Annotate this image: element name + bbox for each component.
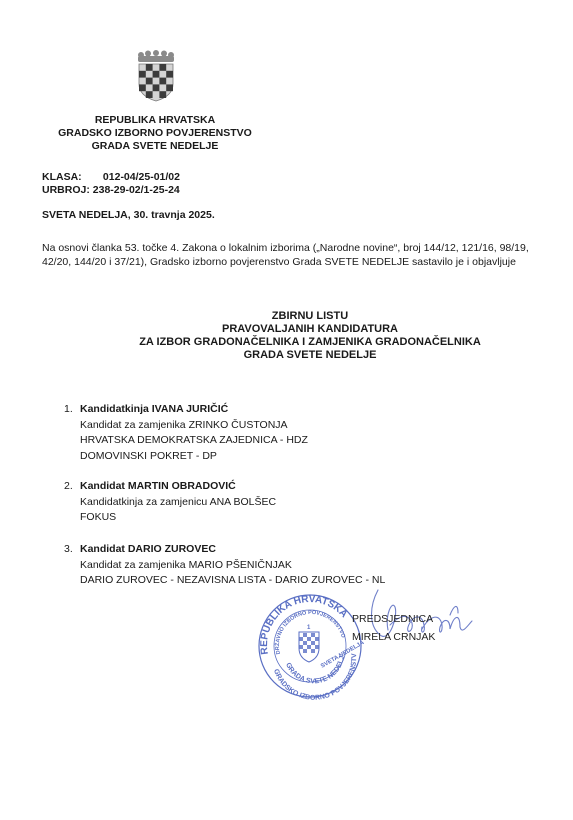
klasa-value: 012-04/25-01/02 — [103, 171, 180, 183]
klasa-label: KLASA: — [42, 171, 90, 184]
header-line: REPUBLIKA HRVATSKA — [0, 114, 310, 127]
deputy-candidate: Kandidat za zamjenika ZRINKO ČUSTONJA — [80, 418, 308, 434]
candidate-prefix: Kandidat — [80, 543, 128, 555]
deputy-candidate: Kandidat za zamjenika MARIO PŠENIČNJAK — [80, 558, 385, 574]
candidate-number: 3. — [64, 542, 73, 558]
signer-role: PREDSJEDNICA — [352, 610, 435, 628]
title-line: ZA IZBOR GRADONAČELNIKA I ZAMJENIKA GRAD… — [120, 336, 500, 349]
urbroj-label: URBROJ: — [42, 184, 90, 196]
document-title: ZBIRNU LISTU PRAVOVALJANIH KANDIDATURA Z… — [120, 310, 500, 362]
title-line: PRAVOVALJANIH KANDIDATURA — [120, 323, 500, 336]
issuer-header: REPUBLIKA HRVATSKA GRADSKO IZBORNO POVJE… — [0, 114, 310, 153]
party: DARIO ZUROVEC - NEZAVISNA LISTA - DARIO … — [80, 573, 385, 589]
candidate-number: 2. — [64, 479, 73, 495]
document-reference: KLASA: 012-04/25-01/02 URBROJ: 238-29-02… — [42, 171, 180, 197]
party: HRVATSKA DEMOKRATSKA ZAJEDNICA - HDZ — [80, 433, 308, 449]
deputy-candidate: Kandidatkinja za zamjenicu ANA BOLŠEC — [80, 495, 276, 511]
candidate-number: 1. — [64, 402, 73, 418]
party: DOMOVINSKI POKRET - DP — [80, 449, 308, 465]
candidate-name: DARIO ZUROVEC — [128, 543, 216, 555]
croatian-coat-of-arms-icon — [136, 50, 176, 102]
header-line: GRADSKO IZBORNO POVJERENSTVO — [0, 127, 310, 140]
intro-paragraph: Na osnovi članka 53. točke 4. Zakona o l… — [42, 242, 542, 269]
candidate-entry: 3. Kandidat DARIO ZUROVEC Kandidat za za… — [64, 542, 385, 589]
official-stamp-icon: REPUBLIKA HRVATSKADRŽAVNO IZBORNO POVJER… — [256, 592, 364, 700]
urbroj-value: 238-29-02/1-25-24 — [93, 184, 180, 196]
title-line: ZBIRNU LISTU — [120, 310, 500, 323]
signer-name: MIRELA CRNJAK — [352, 628, 435, 646]
candidate-entry: 1. Kandidatkinja IVANA JURIČIĆ Kandidat … — [64, 402, 308, 464]
party: FOKUS — [80, 510, 276, 526]
signature-block: PREDSJEDNICA MIRELA CRNJAK — [352, 610, 435, 646]
candidate-prefix: Kandidat — [80, 480, 128, 492]
header-line: GRADA SVETE NEDELJE — [0, 140, 310, 153]
title-line: GRADA SVETE NEDELJE — [120, 349, 500, 362]
candidate-entry: 2. Kandidat MARTIN OBRADOVIĆ Kandidatkin… — [64, 479, 276, 526]
candidate-prefix: Kandidatkinja — [80, 403, 152, 415]
candidate-name: IVANA JURIČIĆ — [152, 403, 228, 415]
place-and-date: SVETA NEDELJA, 30. travnja 2025. — [42, 209, 215, 221]
svg-text:1: 1 — [307, 625, 311, 631]
candidate-name: MARTIN OBRADOVIĆ — [128, 480, 236, 492]
